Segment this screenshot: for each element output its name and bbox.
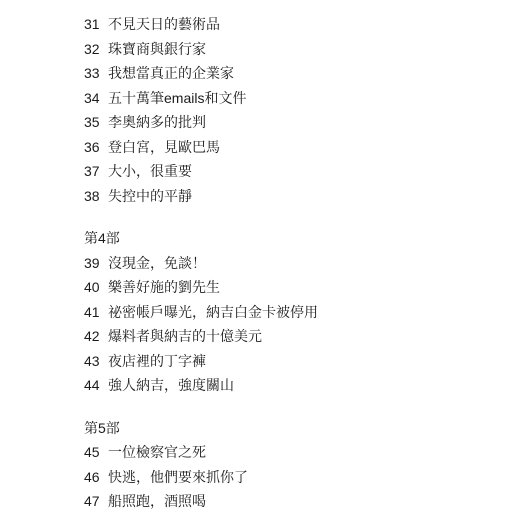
chapter-title: 祕密帳戶曝光，納吉白金卡被停用	[108, 300, 318, 325]
chapter-number: 42	[84, 324, 108, 349]
toc-item: 37大小，很重要	[84, 159, 318, 184]
toc-item: 41祕密帳戶曝光，納吉白金卡被停用	[84, 300, 318, 325]
toc-item: 42爆料者與納吉的十億美元	[84, 324, 318, 349]
chapter-number: 43	[84, 349, 108, 374]
toc-item: 38失控中的平靜	[84, 184, 318, 209]
toc-item: 45一位檢察官之死	[84, 440, 318, 465]
toc-item: 47船照跑，酒照喝	[84, 489, 318, 514]
toc-item: 34五十萬筆emails和文件	[84, 86, 318, 111]
section-header: 第5部	[84, 416, 318, 441]
chapter-number: 40	[84, 275, 108, 300]
chapter-title: 爆料者與納吉的十億美元	[108, 324, 262, 349]
chapter-title: 快逃，他們要來抓你了	[108, 465, 248, 490]
chapter-number: 38	[84, 184, 108, 209]
chapter-number: 33	[84, 61, 108, 86]
chapter-number: 45	[84, 440, 108, 465]
chapter-title: 李奧納多的批判	[108, 110, 206, 135]
chapter-number: 41	[84, 300, 108, 325]
chapter-number: 32	[84, 37, 108, 62]
chapter-number: 46	[84, 465, 108, 490]
chapter-title: 夜店裡的丁字褲	[108, 349, 206, 374]
chapter-title: 船照跑，酒照喝	[108, 489, 206, 514]
chapter-title: 珠寶商與銀行家	[108, 37, 206, 62]
toc-item: 46快逃，他們要來抓你了	[84, 465, 318, 490]
toc-item: 43夜店裡的丁字褲	[84, 349, 318, 374]
toc-item: 32珠寶商與銀行家	[84, 37, 318, 62]
chapter-number: 37	[84, 159, 108, 184]
chapter-title: 樂善好施的劉先生	[108, 275, 220, 300]
chapter-title: 沒現金，免談！	[108, 251, 206, 276]
section-header: 第4部	[84, 226, 318, 251]
chapter-number: 35	[84, 110, 108, 135]
chapter-number: 34	[84, 86, 108, 111]
toc-item: 40樂善好施的劉先生	[84, 275, 318, 300]
chapter-title: 大小，很重要	[108, 159, 192, 184]
chapter-title: 五十萬筆emails和文件	[108, 86, 246, 111]
table-of-contents: 31不見天日的藝術品32珠寶商與銀行家33我想當真正的企業家34五十萬筆emai…	[84, 12, 318, 514]
toc-item: 31不見天日的藝術品	[84, 12, 318, 37]
toc-item: 39沒現金，免談！	[84, 251, 318, 276]
chapter-number: 39	[84, 251, 108, 276]
chapter-title: 一位檢察官之死	[108, 440, 206, 465]
chapter-title: 失控中的平靜	[108, 184, 192, 209]
chapter-number: 44	[84, 373, 108, 398]
chapter-title: 登白宮，見歐巴馬	[108, 135, 220, 160]
chapter-number: 36	[84, 135, 108, 160]
chapter-number: 31	[84, 12, 108, 37]
chapter-title: 我想當真正的企業家	[108, 61, 234, 86]
toc-item: 44強人納吉，強度關山	[84, 373, 318, 398]
toc-item: 35李奧納多的批判	[84, 110, 318, 135]
chapter-title: 不見天日的藝術品	[108, 12, 220, 37]
toc-item: 33我想當真正的企業家	[84, 61, 318, 86]
toc-item: 36登白宮，見歐巴馬	[84, 135, 318, 160]
chapter-title: 強人納吉，強度關山	[108, 373, 234, 398]
chapter-number: 47	[84, 489, 108, 514]
